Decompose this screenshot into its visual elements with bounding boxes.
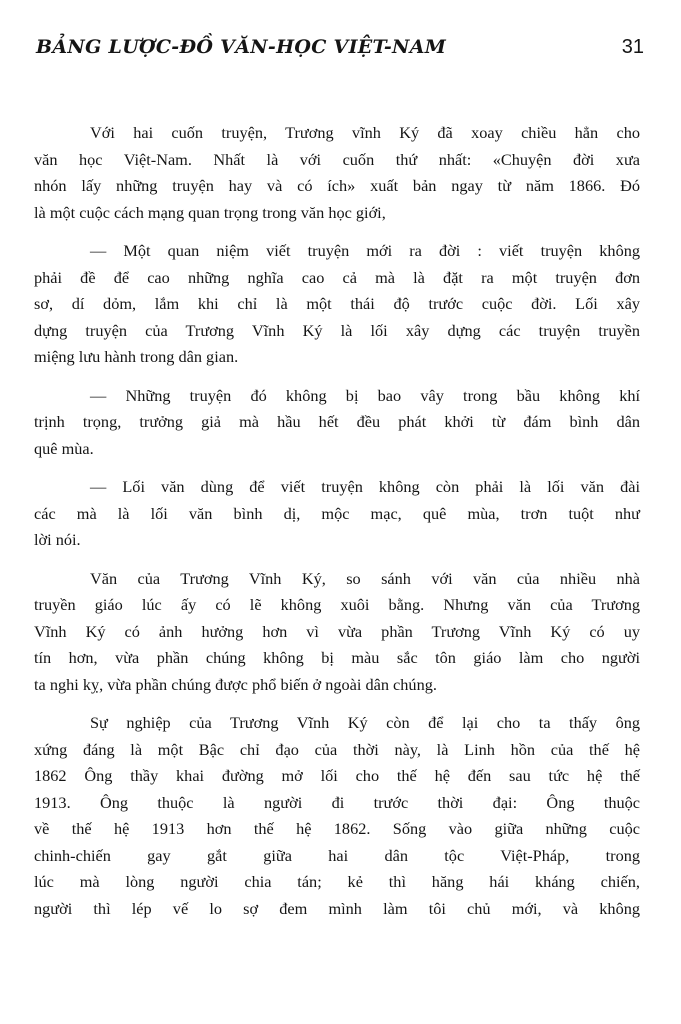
text-line: ta nghi kỵ, vừa phần chúng được phổ biến… [34,672,640,699]
paragraph-1: Với hai cuốn truyện, Trương vĩnh Ký đã x… [34,120,640,226]
paragraph-2: — Một quan niệm viết truyện mới ra đời :… [34,238,640,371]
running-head-title: BẢNG LƯỢC-ĐỒ VĂN-HỌC VIỆT-NAM [36,36,446,58]
text-line: phải đề để cao những nghĩa cao cả mà là … [34,265,640,292]
text-line: xứng đáng là một Bậc chỉ đạo của thời nà… [34,737,640,764]
paragraph-5: Văn của Trương Vĩnh Ký, so sánh với văn … [34,566,640,699]
paragraph-6: Sự nghiệp của Trương Vĩnh Ký còn để lại … [34,710,640,922]
running-head: BẢNG LƯỢC-ĐỒ VĂN-HỌC VIỆT-NAM 31 [36,36,644,66]
text-line: Sự nghiệp của Trương Vĩnh Ký còn để lại … [34,710,640,737]
text-line: lúc mà lòng người chia tán; kẻ thì hăng … [34,869,640,896]
text-line: 1913. Ông thuộc là người đi trước thời đ… [34,790,640,817]
text-line: văn học Việt-Nam. Nhất là với cuốn thứ n… [34,147,640,174]
paragraph-4: — Lối văn dùng để viết truyện không còn … [34,474,640,554]
text-line: Với hai cuốn truyện, Trương vĩnh Ký đã x… [34,120,640,147]
text-line: dựng truyện của Trương Vĩnh Ký là lối xâ… [34,318,640,345]
text-line: quê mùa. [34,436,640,463]
text-line: trịnh trọng, trưởng giả mà hầu hết đều p… [34,409,640,436]
text-line: miệng lưu hành trong dân gian. [34,344,640,371]
page-number: 31 [622,36,644,59]
text-line: các mà là lối văn bình dị, mộc mạc, quê … [34,501,640,528]
paragraph-3: — Những truyện đó không bị bao vây trong… [34,383,640,463]
text-line: người thì lép vế lo sợ đem mình làm tôi … [34,896,640,923]
text-line: lời nói. [34,527,640,554]
text-line: — Lối văn dùng để viết truyện không còn … [34,474,640,501]
body-text: Với hai cuốn truyện, Trương vĩnh Ký đã x… [34,120,640,922]
text-line: sơ, dí dỏm, lắm khi chỉ là một thái độ t… [34,291,640,318]
text-line: về thế hệ 1913 hơn thế hệ 1862. Sống vào… [34,816,640,843]
text-line: nhón lấy những truyện hay và có ích» xuấ… [34,173,640,200]
book-page: BẢNG LƯỢC-ĐỒ VĂN-HỌC VIỆT-NAM 31 Với hai… [0,0,681,1024]
text-line: — Một quan niệm viết truyện mới ra đời :… [34,238,640,265]
text-line: truyền giáo lúc ấy có lẽ không xuôi bằng… [34,592,640,619]
text-line: chinh-chiến gay gắt giữa hai dân tộc Việ… [34,843,640,870]
text-line: — Những truyện đó không bị bao vây trong… [34,383,640,410]
text-line: 1862 Ông thầy khai đường mở lối cho thế … [34,763,640,790]
text-line: Văn của Trương Vĩnh Ký, so sánh với văn … [34,566,640,593]
text-line: Vĩnh Ký có ảnh hưởng hơn vì vừa phần Trư… [34,619,640,646]
text-line: là một cuộc cách mạng quan trọng trong v… [34,200,640,227]
text-line: tín hơn, vừa phần chúng không bị màu sắc… [34,645,640,672]
